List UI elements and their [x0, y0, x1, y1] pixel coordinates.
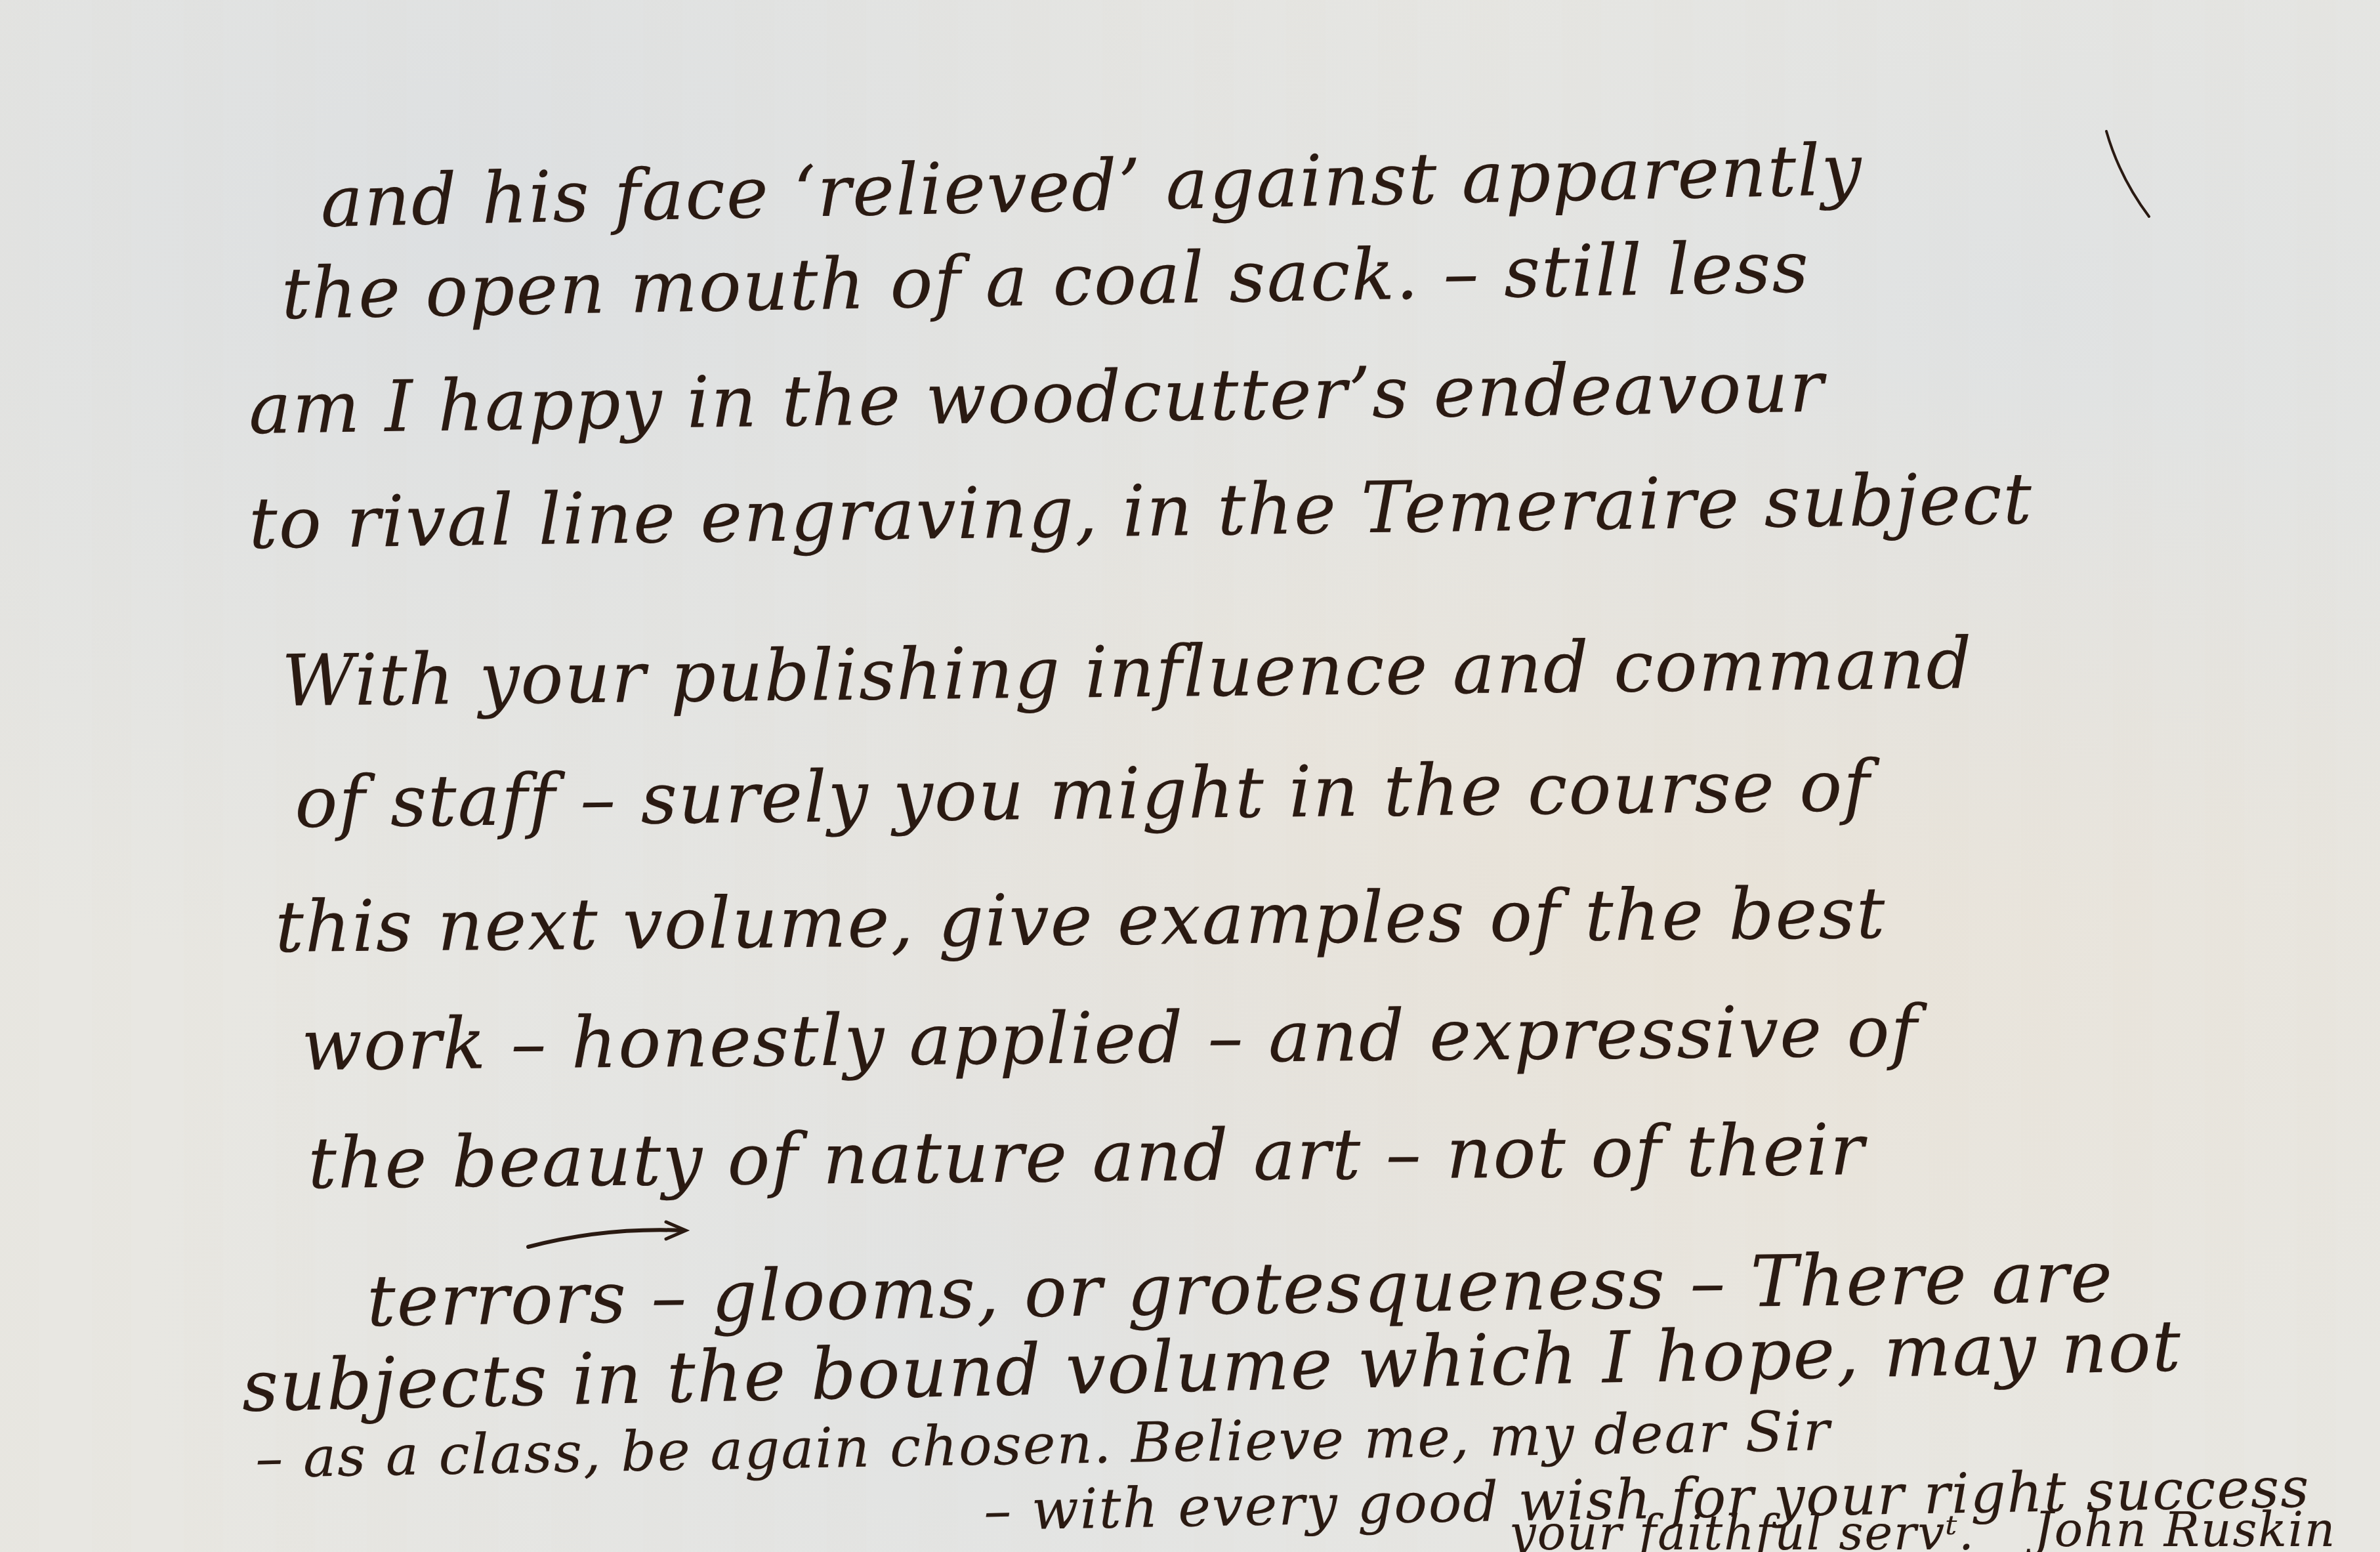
letter-line-5: With your publishing influence and comma…: [282, 629, 1973, 717]
letter-line-7: this next volume, give examples of the b…: [275, 879, 1887, 963]
letter-line-9: the beauty of nature and art – not of th…: [308, 1115, 1866, 1200]
valediction: your faithful servᵗ.: [1509, 1509, 1975, 1552]
underline-arrow-icon: [525, 1214, 696, 1253]
letter-page: and his face ‘relieved’ against apparent…: [0, 0, 2380, 1552]
letter-line-1: and his face ‘relieved’ against apparent…: [320, 135, 1864, 238]
letter-line-4: to rival line engraving, in the Temerair…: [248, 464, 2033, 560]
letter-line-2: the open mouth of a coal sack. – still l…: [281, 232, 1810, 330]
signature: John Ruskin: [2034, 1506, 2336, 1552]
letter-line-8: work – honestly applied – and expressive…: [301, 997, 1919, 1081]
letter-line-3: am I happy in the woodcutter’s endeavour: [248, 352, 1825, 445]
letter-line-6: of staff – surely you might in the cours…: [295, 751, 1871, 839]
closing-parenthesis-mark-icon: [2100, 125, 2152, 223]
